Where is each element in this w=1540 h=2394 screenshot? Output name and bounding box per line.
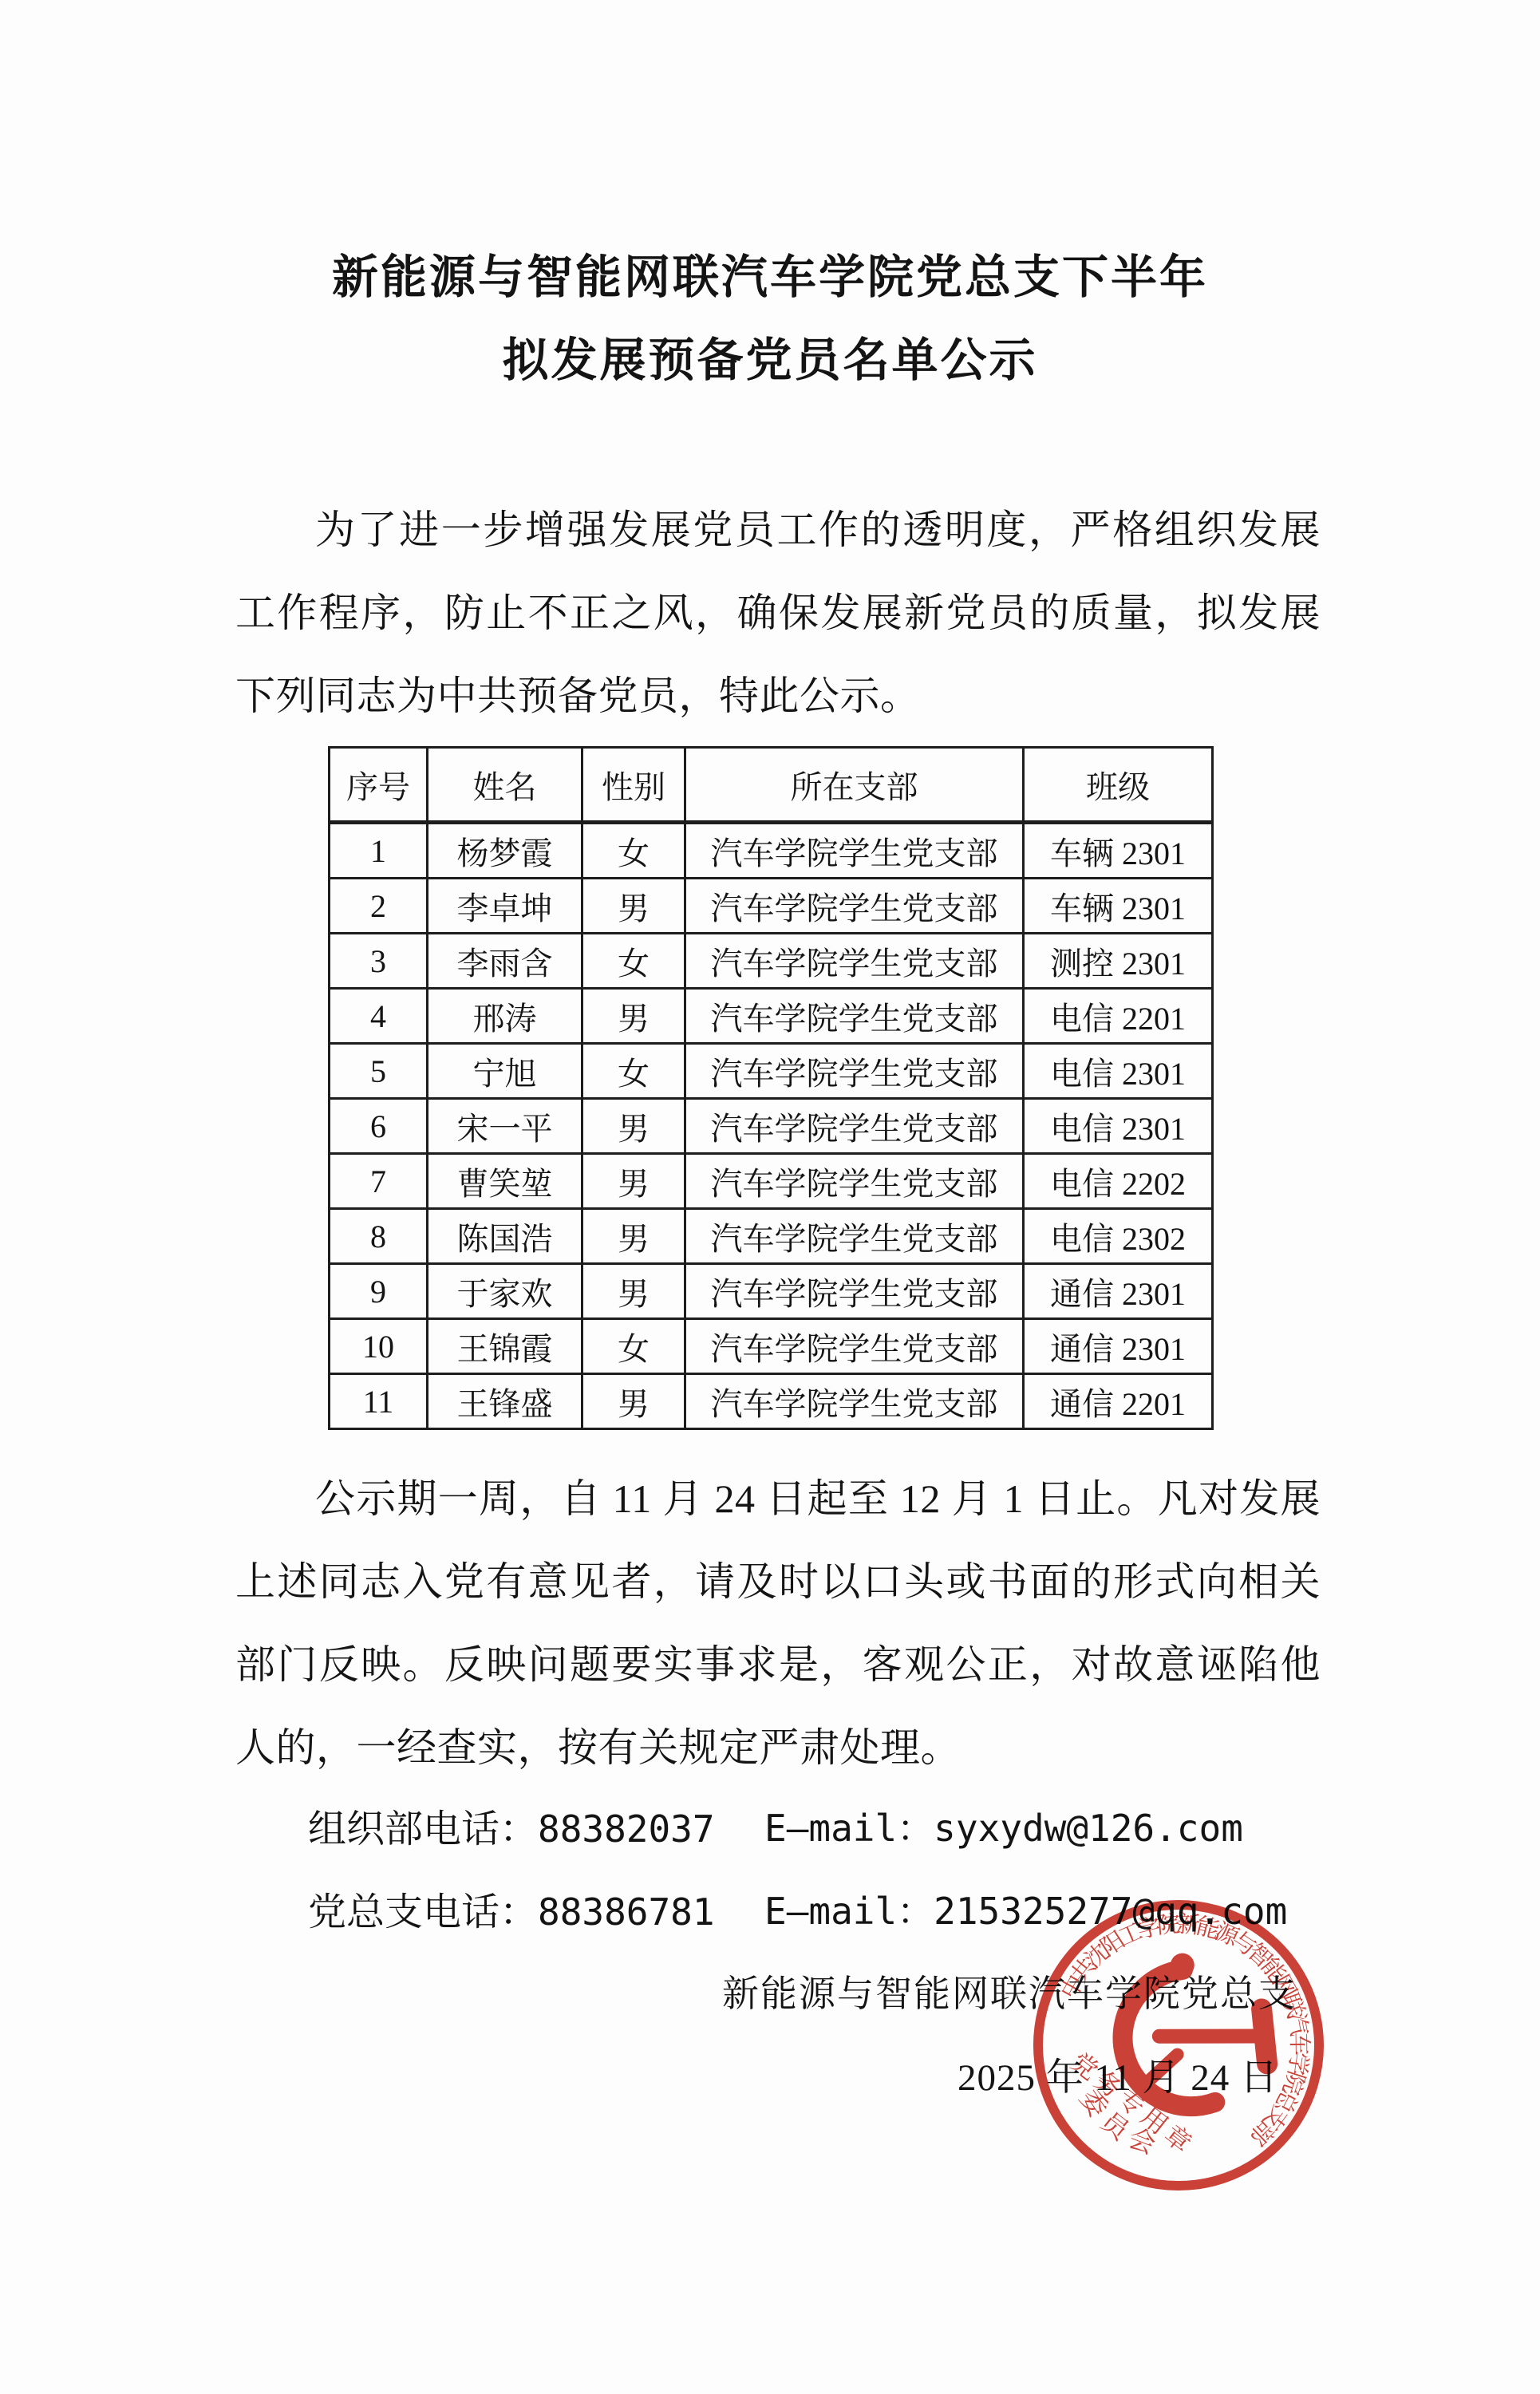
cell-name: 曹笑堃 [428,1154,582,1209]
cell-name: 李雨含 [428,934,582,989]
table-header-row: 序号 姓名 性别 所在支部 班级 [330,748,1213,823]
table-row: 9 于家欢 男 汽车学院学生党支部 通信 2301 [330,1264,1213,1319]
cell-sex: 男 [582,1154,685,1209]
cell-branch: 汽车学院学生党支部 [685,1319,1024,1374]
table-row: 6 宋一平 男 汽车学院学生党支部 电信 2301 [330,1099,1213,1154]
stamp-ring [987,1854,1370,2237]
cell-branch: 汽车学院学生党支部 [685,989,1024,1044]
cell-class: 通信 2301 [1024,1319,1213,1374]
cell-branch: 汽车学院学生党支部 [685,1044,1024,1099]
cell-class: 车辆 2301 [1024,823,1213,879]
cell-name: 宁旭 [428,1044,582,1099]
cell-sex: 男 [582,1374,685,1429]
notice-paragraph: 公示期一周，自 11 月 24 日起至 12 月 1 日止。凡对发展上述同志入党… [235,1457,1321,1789]
cell-class: 电信 2301 [1024,1044,1213,1099]
cell-name: 邢涛 [428,989,582,1044]
cell-branch: 汽车学院学生党支部 [685,1099,1024,1154]
cell-name: 宋一平 [428,1099,582,1154]
cell-branch: 汽车学院学生党支部 [685,1154,1024,1209]
cell-sex: 男 [582,1209,685,1264]
org-phone-number: 88382037 [538,1807,715,1851]
cell-sex: 女 [582,934,685,989]
org-email: E—mail：syxydw@126.com [764,1799,1243,1852]
table-row: 7 曹笑堃 男 汽车学院学生党支部 电信 2202 [330,1154,1213,1209]
cell-branch: 汽车学院学生党支部 [685,1264,1024,1319]
cell-sex: 男 [582,1264,685,1319]
header-所在支部: 所在支部 [685,748,1024,823]
cell-class: 电信 2302 [1024,1209,1213,1264]
cell-no: 10 [330,1319,428,1374]
header-序号: 序号 [330,748,428,823]
cell-sex: 女 [582,1319,685,1374]
candidate-table: 序号 姓名 性别 所在支部 班级 1 杨梦霞 女 汽车学院学生党支部 车辆 23… [328,746,1214,1430]
document-page: 新能源与智能网联汽车学院党总支下半年 拟发展预备党员名单公示 为了进一步增强发展… [0,0,1540,2394]
table-row: 2 李卓坤 男 汽车学院学生党支部 车辆 2301 [330,879,1213,934]
cell-name: 王锦霞 [428,1319,582,1374]
cell-sex: 男 [582,1099,685,1154]
org-phone-label: 组织部电话： [308,1808,538,1851]
table-row: 10 王锦霞 女 汽车学院学生党支部 通信 2301 [330,1319,1213,1374]
cell-branch: 汽车学院学生党支部 [685,1374,1024,1429]
header-姓名: 姓名 [428,748,582,823]
table-row: 4 邢涛 男 汽车学院学生党支部 电信 2201 [330,989,1213,1044]
table-row: 11 王锋盛 男 汽车学院学生党支部 通信 2201 [330,1374,1213,1429]
cell-branch: 汽车学院学生党支部 [685,823,1024,879]
cell-no: 8 [330,1209,428,1264]
cell-no: 11 [330,1374,428,1429]
cell-name: 杨梦霞 [428,823,582,879]
cell-branch: 汽车学院学生党支部 [685,879,1024,934]
cell-no: 7 [330,1154,428,1209]
table-row: 1 杨梦霞 女 汽车学院学生党支部 车辆 2301 [330,823,1213,879]
cell-no: 2 [330,879,428,934]
intro-paragraph: 为了进一步增强发展党员工作的透明度，严格组织发展工作程序，防止不正之风，确保发展… [235,488,1321,737]
header-性别: 性别 [582,748,685,823]
cell-class: 测控 2301 [1024,934,1213,989]
branch-phone-line: 党总支电话：88386781 [308,1881,715,1936]
cell-class: 车辆 2301 [1024,879,1213,934]
cell-name: 王锋盛 [428,1374,582,1429]
document-title-line1: 新能源与智能网联汽车学院党总支下半年 [0,239,1540,306]
cell-no: 5 [330,1044,428,1099]
cell-class: 通信 2201 [1024,1374,1213,1429]
table-row: 3 李雨含 女 汽车学院学生党支部 测控 2301 [330,934,1213,989]
cell-class: 电信 2301 [1024,1099,1213,1154]
cell-sex: 男 [582,879,685,934]
cell-no: 6 [330,1099,428,1154]
cell-branch: 汽车学院学生党支部 [685,934,1024,989]
branch-phone-number: 88386781 [538,1890,715,1934]
cell-no: 3 [330,934,428,989]
cell-class: 通信 2301 [1024,1264,1213,1319]
cell-branch: 汽车学院学生党支部 [685,1209,1024,1264]
official-seal-stamp: 中共沈阳工学院新能源与智能网联汽车学院总支部 委员会 党务专用章 [987,1854,1370,2237]
cell-no: 4 [330,989,428,1044]
table-row: 8 陈国浩 男 汽车学院学生党支部 电信 2302 [330,1209,1213,1264]
cell-sex: 女 [582,1044,685,1099]
cell-no: 9 [330,1264,428,1319]
table-row: 5 宁旭 女 汽车学院学生党支部 电信 2301 [330,1044,1213,1099]
org-phone-line: 组织部电话：88382037 [308,1798,715,1853]
header-班级: 班级 [1024,748,1213,823]
cell-sex: 女 [582,823,685,879]
cell-name: 李卓坤 [428,879,582,934]
cell-name: 于家欢 [428,1264,582,1319]
branch-phone-label: 党总支电话： [308,1891,538,1934]
cell-no: 1 [330,823,428,879]
cell-class: 电信 2202 [1024,1154,1213,1209]
cell-name: 陈国浩 [428,1209,582,1264]
cell-class: 电信 2201 [1024,989,1213,1044]
cell-sex: 男 [582,989,685,1044]
document-title-line2: 拟发展预备党员名单公示 [0,322,1540,389]
